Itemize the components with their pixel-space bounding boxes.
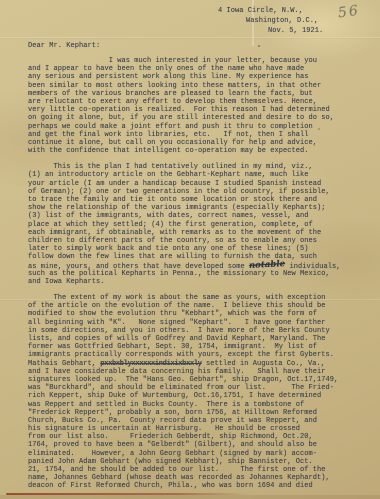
letter-line: Mathais Gebhart, pxxbxblyxxxxxxindixixbx…	[28, 360, 362, 368]
letter-line: "Frederick Reppert", probably a son, bor…	[28, 409, 362, 417]
letter-line: eliminated. However, a John Georg Gebhar…	[28, 450, 362, 458]
salutation: Dear Mr. Kephart:	[28, 42, 100, 50]
paper-speck	[318, 128, 320, 130]
sender-address-line1: 4 Iowa Circle, N.W.,	[218, 7, 303, 15]
letter-line: (1) an introductory article on the Gebha…	[28, 171, 362, 179]
letter-line: signatures looked up. The "Hans Geo. Geb…	[28, 376, 362, 384]
letter-line: of German); (2) one or two generations i…	[28, 188, 362, 196]
letter-line: as mine, yours, and others that have dev…	[28, 262, 362, 270]
letter-paragraph: This is the plan I had tentatively outli…	[28, 163, 362, 286]
letter-paragraph: I was much interested in your letter, be…	[28, 57, 362, 155]
letter-line: 1764, proved to have been a "Gelberdt" (…	[28, 441, 362, 449]
letter-line: on going it alone, but, if you are still…	[28, 114, 362, 122]
letter-line: place at which they settled; (4) the fir…	[28, 221, 362, 229]
letter-body: I was much interested in your letter, be…	[28, 57, 362, 499]
letter-line: your article (I am under a handicap beca…	[28, 180, 362, 188]
letter-line: each immigrant, if obtainable, with rema…	[28, 229, 362, 237]
sender-address-line2: Washington, D.C.,	[246, 17, 318, 25]
letter-line: and get the final work into libraries, e…	[28, 131, 362, 139]
letter-line: rich Keppert, ship Duke of Wurtemburg, O…	[28, 392, 362, 400]
letter-line: Church, Bucks Co., Pa. County record dat…	[28, 417, 362, 425]
letter-line: panied John Adam Gebhart (who signed Keb…	[28, 458, 362, 466]
letter-line: 21, 1754, and he should be added to our …	[28, 466, 362, 474]
letter-line: with the confidence that intelligent co-…	[28, 147, 362, 155]
typed-strikeout: pxxbxblyxxxxxxindixixbxxly	[100, 360, 201, 368]
letter-line: members of the various branches are plea…	[28, 90, 362, 98]
letter-line: was Reppert and settled in Bucks County.…	[28, 401, 362, 409]
letter-line: lists, and copies of wills of Godfrey an…	[28, 335, 362, 343]
letter-line: follow down the few lines that are willi…	[28, 253, 362, 261]
paper-fold-top	[0, 37, 380, 39]
letter-line: such as the political Kepharts in Penna.…	[28, 270, 362, 278]
letter-line: deacon of First Reformed Church, Phila.,…	[28, 482, 362, 490]
letter-line: been similar to most others looking into…	[28, 82, 362, 90]
letter-line: immigrants practically corresponds with …	[28, 351, 362, 359]
letter-line: any serious and persistent work along th…	[28, 73, 362, 81]
letter-line: children to different parts of the count…	[28, 237, 362, 245]
letter-line: and Iowa Kepharts.	[28, 278, 362, 286]
letter-line: continue it alone, but call on you occas…	[28, 139, 362, 147]
letter-scan: 4 Iowa Circle, N.W., Washington, D.C., N…	[0, 0, 380, 499]
handwritten-scribble: notable	[249, 260, 286, 270]
letter-paragraph: The extent of my work is about the same …	[28, 294, 362, 491]
letter-line: I was much interested in your letter, be…	[28, 57, 362, 65]
letter-line: perhaps we could make a joint effort and…	[28, 123, 362, 131]
bottom-edge-shadow	[0, 495, 380, 499]
letter-line: all beginning with "K". None signed "Kep…	[28, 319, 362, 327]
letter-line: modified to show the evolution thru "Keb…	[28, 310, 362, 318]
letter-line: and I have considerable data concerning …	[28, 368, 362, 376]
ink-speck	[258, 45, 260, 47]
letter-line: in some directions, and you in others. I…	[28, 327, 362, 335]
letter-date: Nov. 5, 1921.	[268, 27, 323, 35]
letter-line: (3) list of the immigrants, with dates, …	[28, 212, 362, 220]
handwritten-page-number: 56	[337, 3, 361, 22]
letter-line: are reluctant to exert any effort to dev…	[28, 98, 362, 106]
letter-line: to trace the family and tie it onto some…	[28, 196, 362, 204]
